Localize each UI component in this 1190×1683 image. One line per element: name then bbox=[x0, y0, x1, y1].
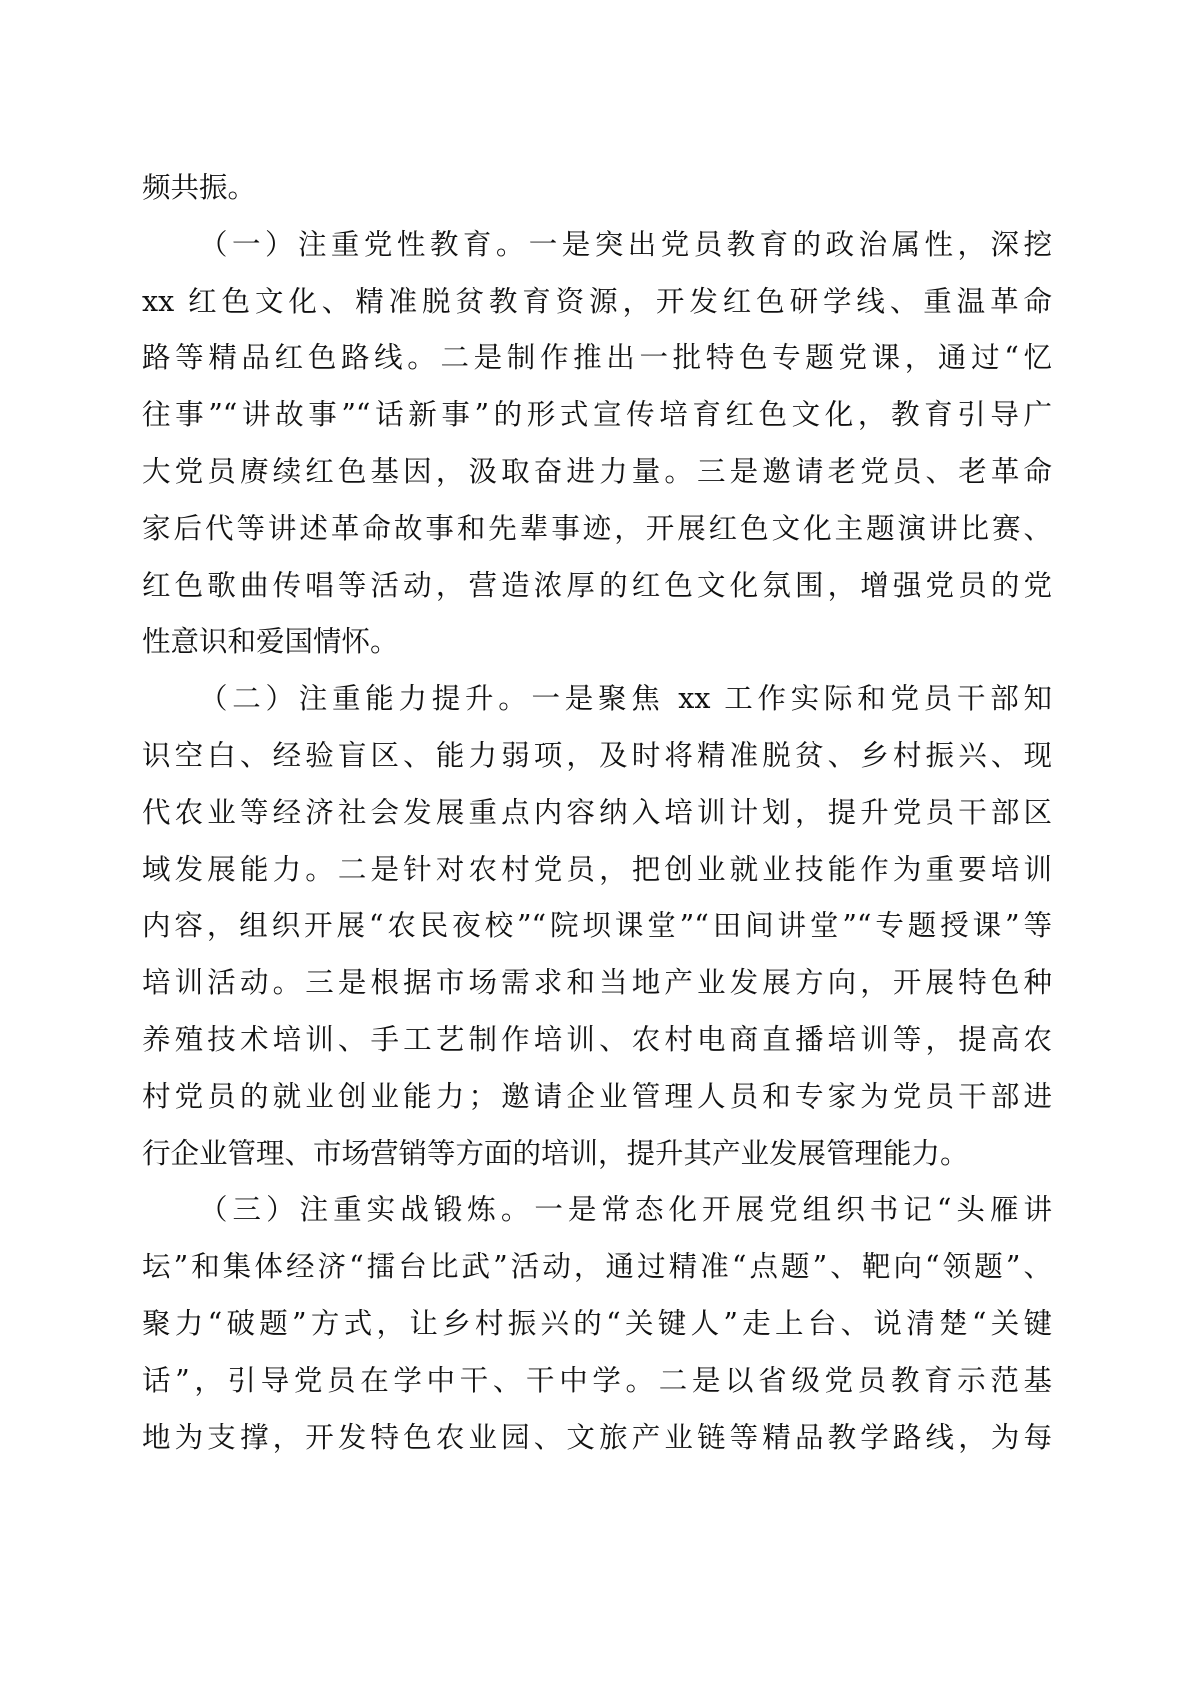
text-line: （一）注重党性教育。一是突出党员教育的政治属性，深挖 bbox=[142, 217, 1052, 274]
text-line: （二）注重能力提升。一是聚焦 xx 工作实际和党员干部知 bbox=[142, 671, 1052, 728]
text-line: 培训活动。三是根据市场需求和当地产业发展方向，开展特色种 bbox=[142, 955, 1052, 1012]
text-line: （三）注重实战锻炼。一是常态化开展党组织书记“头雁讲 bbox=[142, 1182, 1052, 1239]
text-line: 红色歌曲传唱等活动，营造浓厚的红色文化氛围，增强党员的党 bbox=[142, 558, 1052, 615]
text-line: 域发展能力。二是针对农村党员，把创业就业技能作为重要培训 bbox=[142, 842, 1052, 899]
text-line: 代农业等经济社会发展重点内容纳入培训计划，提升党员干部区 bbox=[142, 785, 1052, 842]
text-line: 频共振。 bbox=[142, 160, 1052, 217]
paragraph-continuation: 频共振。 bbox=[142, 160, 1052, 217]
paragraph-section-2: （二）注重能力提升。一是聚焦 xx 工作实际和党员干部知 识空白、经验盲区、能力… bbox=[142, 671, 1052, 1182]
text-line: xx 红色文化、精准脱贫教育资源，开发红色研学线、重温革命 bbox=[142, 274, 1052, 331]
document-page: 频共振。 （一）注重党性教育。一是突出党员教育的政治属性，深挖 xx 红色文化、… bbox=[0, 0, 1190, 1683]
text-line: 往事”“讲故事”“话新事”的形式宣传培育红色文化，教育引导广 bbox=[142, 387, 1052, 444]
text-line: 养殖技术培训、手工艺制作培训、农村电商直播培训等，提高农 bbox=[142, 1012, 1052, 1069]
paragraph-section-3: （三）注重实战锻炼。一是常态化开展党组织书记“头雁讲 坛”和集体经济“擂台比武”… bbox=[142, 1182, 1052, 1466]
text-line: 村党员的就业创业能力；邀请企业管理人员和专家为党员干部进 bbox=[142, 1069, 1052, 1126]
text-line: 地为支撑，开发特色农业园、文旅产业链等精品教学路线，为每 bbox=[142, 1410, 1052, 1467]
document-body: 频共振。 （一）注重党性教育。一是突出党员教育的政治属性，深挖 xx 红色文化、… bbox=[142, 160, 1052, 1466]
text-line: 识空白、经验盲区、能力弱项，及时将精准脱贫、乡村振兴、现 bbox=[142, 728, 1052, 785]
text-line: 聚力“破题”方式，让乡村振兴的“关键人”走上台、说清楚“关键 bbox=[142, 1296, 1052, 1353]
text-line: 大党员赓续红色基因，汲取奋进力量。三是邀请老党员、老革命 bbox=[142, 444, 1052, 501]
text-line: 话”，引导党员在学中干、干中学。二是以省级党员教育示范基 bbox=[142, 1353, 1052, 1410]
text-line: 行企业管理、市场营销等方面的培训，提升其产业发展管理能力。 bbox=[142, 1126, 1052, 1183]
text-line: 性意识和爱国情怀。 bbox=[142, 614, 1052, 671]
text-line: 内容，组织开展“农民夜校”“院坝课堂”“田间讲堂”“专题授课”等 bbox=[142, 898, 1052, 955]
text-line: 坛”和集体经济“擂台比武”活动，通过精准“点题”、靶向“领题”、 bbox=[142, 1239, 1052, 1296]
text-line: 路等精品红色路线。二是制作推出一批特色专题党课，通过“忆 bbox=[142, 330, 1052, 387]
paragraph-section-1: （一）注重党性教育。一是突出党员教育的政治属性，深挖 xx 红色文化、精准脱贫教… bbox=[142, 217, 1052, 671]
text-line: 家后代等讲述革命故事和先辈事迹，开展红色文化主题演讲比赛、 bbox=[142, 501, 1052, 558]
